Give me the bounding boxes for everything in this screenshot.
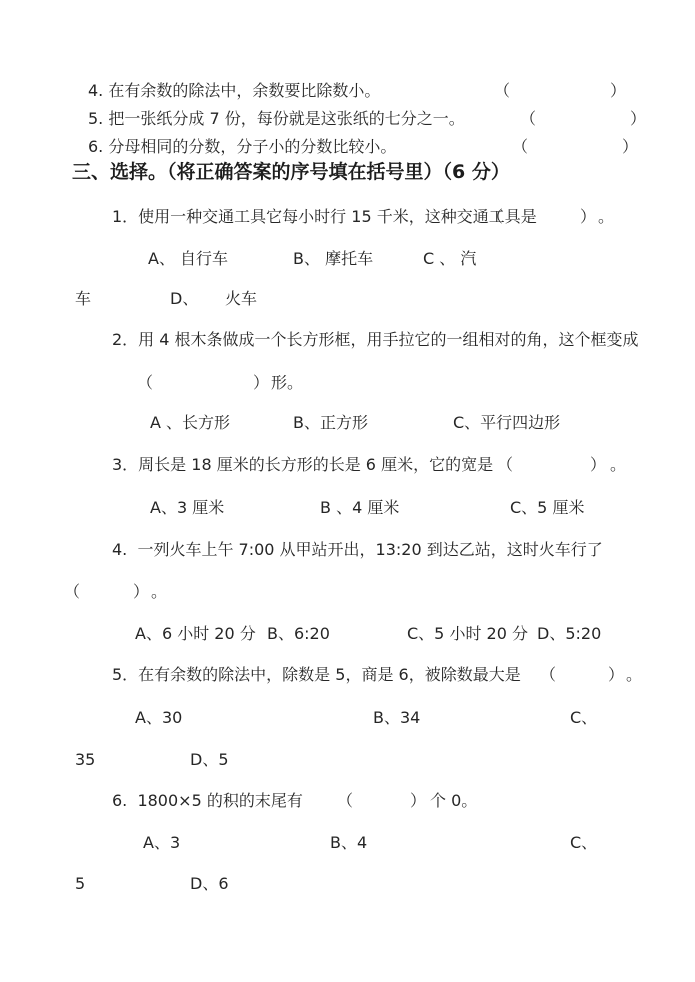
q4-option-a: A、6 小时 20 分 <box>135 623 256 645</box>
q5-period: 。 <box>626 664 642 686</box>
q2-stem: 2．用 4 根木条做成一个长方形框，用手拉它的一组相对的角，这个框变成 <box>112 329 639 351</box>
q3-period: 。 <box>610 454 626 476</box>
q6-option-c: C、 <box>570 832 597 854</box>
judge-item-5-text: 5. 把一张纸分成 7 份，每份就是这张纸的七分之一。 <box>88 108 465 130</box>
judge-item-4-bracket-open: （ <box>494 80 510 102</box>
q1-option-d-label: D、 <box>170 288 198 310</box>
q1-period: 。 <box>598 206 614 228</box>
q4-stem: 4. 一列火车上午 7:00 从甲站开出，13:20 到达乙站，这时火车行了 <box>112 539 603 561</box>
q1-bracket-open: （ <box>487 206 503 228</box>
q6-option-b: B、4 <box>330 832 367 854</box>
q2-bracket-open: （ <box>137 372 153 394</box>
q1-option-c: C 、 汽 <box>423 248 476 270</box>
q4-option-c: C、5 小时 20 分 <box>407 623 528 645</box>
q3-option-b: B 、4 厘米 <box>320 497 399 519</box>
document-page: 4. 在有余数的除法中，余数要比除数小。 （ ） 5. 把一张纸分成 7 份，每… <box>0 0 695 982</box>
q3-option-a: A、3 厘米 <box>150 497 224 519</box>
judge-item-5-bracket-open: （ <box>520 108 536 130</box>
q5-stem: 5．在有余数的除法中，除数是 5，商是 6，被除数最大是 <box>112 664 521 686</box>
q4-bracket-open: （ <box>64 581 80 603</box>
q2-option-c: C、平行四边形 <box>453 412 560 434</box>
q4-bracket-close: ） <box>133 581 149 603</box>
q5-bracket-close: ） <box>608 664 624 686</box>
q6-bracket-close: ） <box>410 790 426 812</box>
q6-bracket-open: （ <box>337 790 353 812</box>
q3-option-c: C、5 厘米 <box>510 497 584 519</box>
q1-stem: 1．使用一种交通工具它每小时行 15 千米，这种交通工具是 <box>112 206 537 228</box>
q6-option-a: A、3 <box>143 832 180 854</box>
judge-item-4-text: 4. 在有余数的除法中，余数要比除数小。 <box>88 80 380 102</box>
q4-option-b: B、6:20 <box>267 623 330 645</box>
q2-option-a: A 、长方形 <box>150 412 230 434</box>
q5-option-b: B、34 <box>373 707 420 729</box>
q4-option-d: D、5:20 <box>537 623 601 645</box>
judge-item-6-bracket-close: ） <box>622 136 638 158</box>
q5-option-c-wrap: 35 <box>75 749 95 771</box>
q6-option-c-wrap: 5 <box>75 873 85 895</box>
q1-option-d-text: 火车 <box>225 288 257 310</box>
q3-bracket-close: ） <box>590 454 606 476</box>
q1-option-b: B、 摩托车 <box>293 248 373 270</box>
q5-bracket-open: （ <box>540 664 556 686</box>
q1-option-a: A、 自行车 <box>148 248 228 270</box>
q2-bracket-close: ） <box>253 372 269 394</box>
q4-period: 。 <box>151 581 167 603</box>
q1-bracket-close: ） <box>580 206 596 228</box>
judge-item-6-text: 6. 分母相同的分数，分子小的分数比较小。 <box>88 136 396 158</box>
q2-blank-suffix: 形。 <box>271 372 303 394</box>
q3-stem: 3．周长是 18 厘米的长方形的长是 6 厘米，它的宽是 <box>112 454 493 476</box>
q5-option-d: D、5 <box>190 749 229 771</box>
q1-option-c-wrap: 车 <box>75 288 91 310</box>
judge-item-5-bracket-close: ） <box>630 108 646 130</box>
section-title: 三、选择。（将正确答案的序号填在括号里）（6 分） <box>72 160 510 185</box>
q6-option-d: D、6 <box>190 873 229 895</box>
q6-blank-suffix: 个 0。 <box>430 790 477 812</box>
q5-option-a: A、30 <box>135 707 182 729</box>
judge-item-6-bracket-open: （ <box>512 136 528 158</box>
q5-option-c: C、 <box>570 707 597 729</box>
q2-option-b: B、正方形 <box>293 412 368 434</box>
q3-bracket-open: （ <box>497 454 513 476</box>
judge-item-4-bracket-close: ） <box>610 80 626 102</box>
q6-stem: 6. 1800×5 的积的末尾有 <box>112 790 303 812</box>
